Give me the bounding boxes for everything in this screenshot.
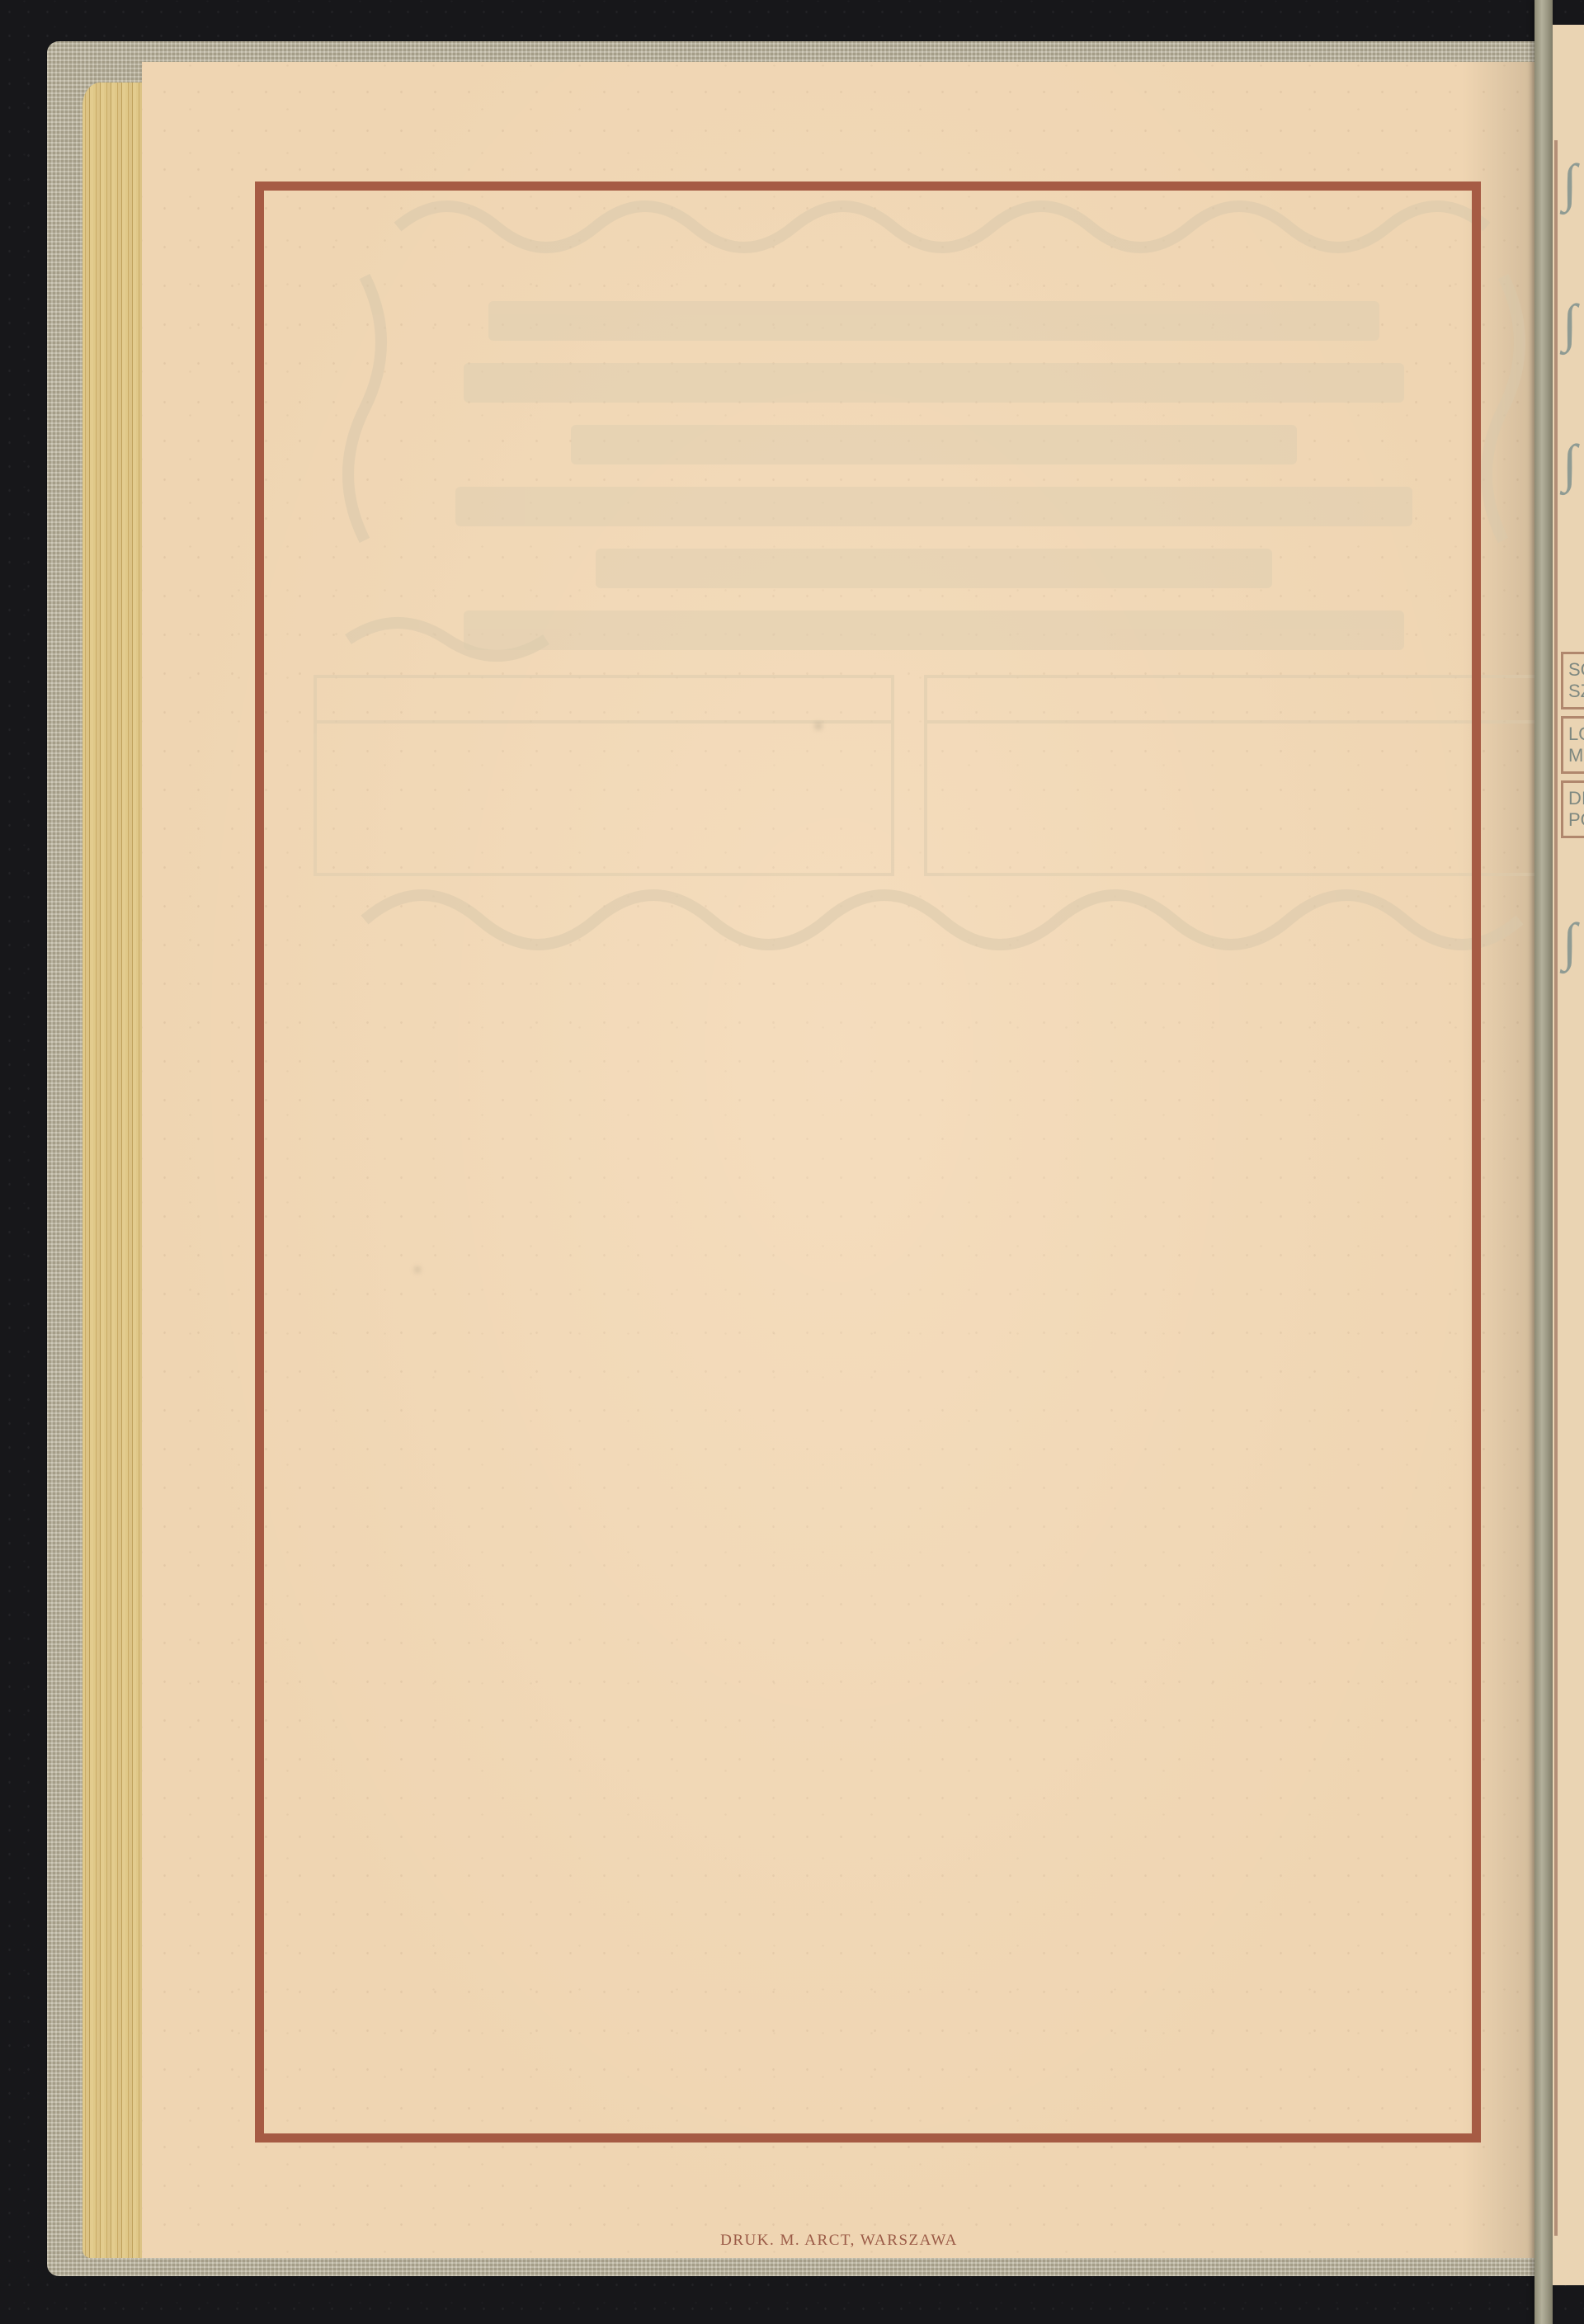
paper-spot xyxy=(814,722,823,730)
facing-ornament-glyph: ∫ xyxy=(1563,437,1584,490)
paper-spot xyxy=(414,1266,421,1273)
facing-page-label-list: SCH SZK LO MIE DI PO xyxy=(1561,652,1584,845)
facing-page-frame-line xyxy=(1554,140,1558,2236)
facing-ornament-glyph: ∫ xyxy=(1563,157,1584,210)
facing-label-box: DI PO xyxy=(1561,780,1584,838)
facing-page: ∫ ∫ ∫ SCH SZK LO MIE DI PO ∫ xyxy=(1553,25,1584,2285)
book-page: DRUK. M. ARCT, WARSZAWA xyxy=(142,62,1536,2258)
decorative-frame-border xyxy=(255,181,1481,2143)
facing-label-line: LO xyxy=(1568,724,1584,745)
facing-label-box: SCH SZK xyxy=(1561,652,1584,709)
book-gutter xyxy=(1534,0,1553,2324)
facing-ornament-glyph: ∫ xyxy=(1563,297,1584,350)
facing-label-line: SZK xyxy=(1568,681,1584,702)
facing-ornament-glyph: ∫ xyxy=(1563,916,1584,969)
page-edge-stack xyxy=(82,82,144,2258)
facing-label-line: DI xyxy=(1568,788,1584,809)
facing-label-line: SCH xyxy=(1568,659,1584,681)
facing-label-line: PO xyxy=(1568,809,1584,831)
facing-label-line: MIE xyxy=(1568,745,1584,766)
printer-imprint: DRUK. M. ARCT, WARSZAWA xyxy=(142,2232,1536,2250)
facing-label-box: LO MIE xyxy=(1561,716,1584,774)
